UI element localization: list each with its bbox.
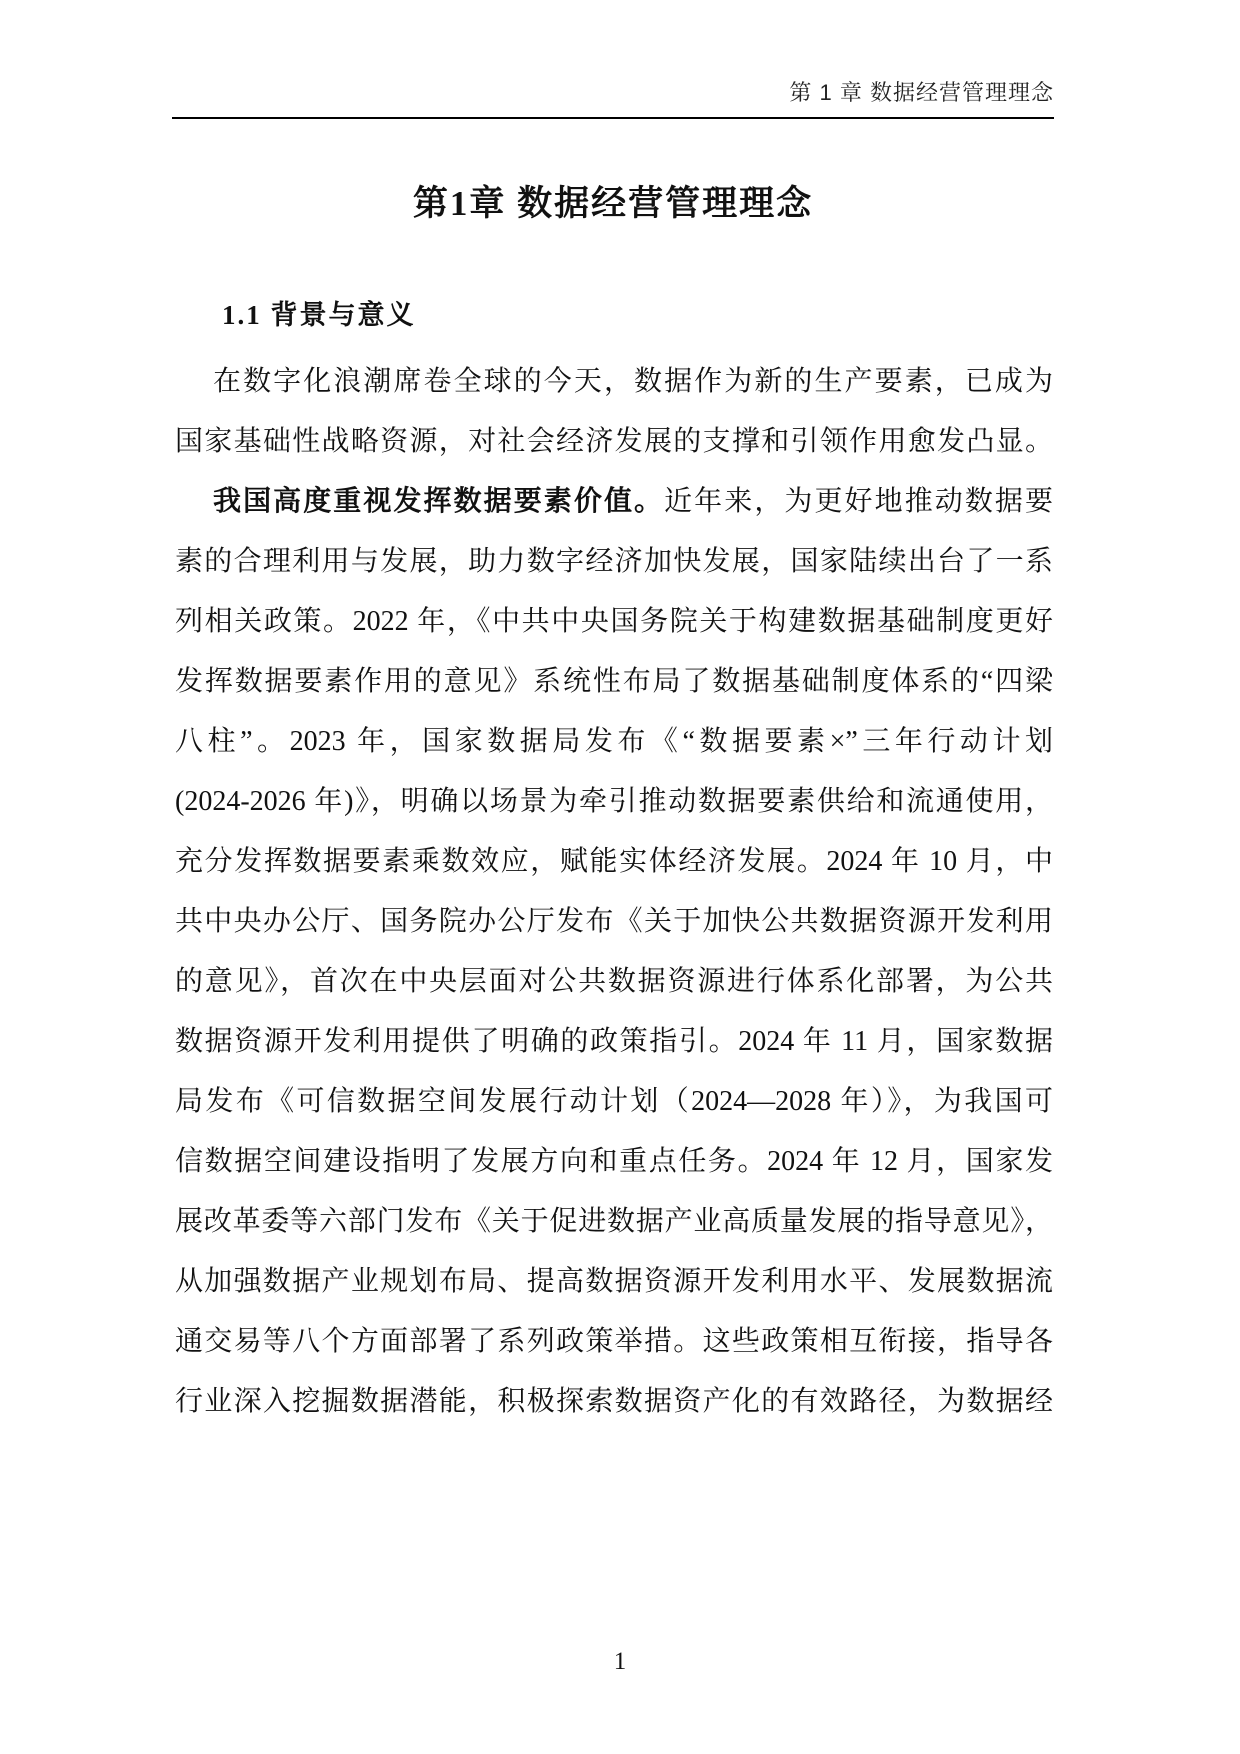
header-rule: [172, 117, 1054, 119]
body-line: 素的合理利用与发展，助力数字经济加快发展，国家陆续出台了一系: [175, 532, 1053, 592]
body-line: 展改革委等六部门发布《关于促进数据产业高质量发展的指导意见》，: [175, 1192, 1053, 1252]
body-line: 的意见》，首次在中央层面对公共数据资源进行体系化部署，为公共: [175, 952, 1053, 1012]
body-text: 在数字化浪潮席卷全球的今天，数据作为新的生产要素，已成为国家基础性战略资源，对社…: [175, 352, 1053, 1432]
body-line: 从加强数据产业规划布局、提高数据资源开发利用水平、发展数据流: [175, 1252, 1053, 1312]
body-line: 通交易等八个方面部署了系列政策举措。这些政策相互衔接，指导各: [175, 1312, 1053, 1372]
running-header: 第 1 章 数据经营管理理念: [172, 76, 1054, 107]
section-heading: 1.1 背景与意义: [222, 293, 416, 332]
body-line: 我国高度重视发挥数据要素价值。近年来，为更好地推动数据要: [175, 472, 1053, 532]
body-line: 共中央办公厅、国务院办公厅发布《关于加快公共数据资源开发利用: [175, 892, 1053, 952]
body-line: 国家基础性战略资源，对社会经济发展的支撑和引领作用愈发凸显。: [175, 412, 1053, 472]
body-line: 八柱”。2023 年，国家数据局发布《“数据要素×”三年行动计划: [175, 712, 1053, 772]
body-line: 局发布《可信数据空间发展行动计划（2024—2028 年）》，为我国可: [175, 1072, 1053, 1132]
document-page: 第 1 章 数据经营管理理念 第1章 数据经营管理理念 1.1 背景与意义 在数…: [0, 0, 1240, 1754]
body-line: 数据资源开发利用提供了明确的政策指引。2024 年 11 月，国家数据: [175, 1012, 1053, 1072]
body-line: 列相关政策。2022 年，《中共中央国务院关于构建数据基础制度更好: [175, 592, 1053, 652]
body-line: 充分发挥数据要素乘数效应，赋能实体经济发展。2024 年 10 月，中: [175, 832, 1053, 892]
body-line: 发挥数据要素作用的意见》系统性布局了数据基础制度体系的“四梁: [175, 652, 1053, 712]
body-line: 行业深入挖掘数据潜能，积极探索数据资产化的有效路径，为数据经: [175, 1372, 1053, 1432]
body-line: 信数据空间建设指明了发展方向和重点任务。2024 年 12 月，国家发: [175, 1132, 1053, 1192]
body-line: 在数字化浪潮席卷全球的今天，数据作为新的生产要素，已成为: [175, 352, 1053, 412]
page-number: 1: [0, 1648, 1240, 1676]
body-line: (2024-2026 年)》，明确以场景为牵引推动数据要素供给和流通使用，: [175, 772, 1053, 832]
chapter-title: 第1章 数据经营管理理念: [172, 176, 1054, 226]
